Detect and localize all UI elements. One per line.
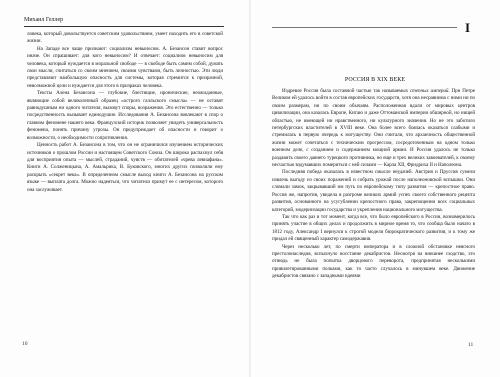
paragraph: Тексты Алена Безансона — глубокие, блест…	[27, 90, 223, 142]
right-page: I РОССИЯ В XIX ВЕКЕ Издревле Россия была…	[250, 0, 500, 377]
paragraph: Ценность работ А. Безансона в том, что о…	[27, 142, 223, 194]
header-rule	[24, 26, 224, 27]
page-number: 11	[468, 342, 473, 348]
paragraph: Издревле Россия была составной частью та…	[272, 88, 475, 169]
paragraph: Последняя победа оказалась в известном с…	[272, 169, 475, 213]
left-body-text: ловека, который довольствуется советским…	[27, 31, 223, 194]
paragraph: На Западе все чаще признают: социализм н…	[27, 46, 223, 90]
paragraph: Так что как раз в тот момент, когда все,…	[272, 214, 475, 244]
book-spread: Михаил Геллер ловека, который довольству…	[0, 0, 500, 377]
paragraph: Через несколько лет, по смерти император…	[272, 244, 475, 281]
chapter-rule	[272, 27, 457, 28]
chapter-number: I	[465, 20, 470, 36]
running-head: Михаил Геллер	[24, 17, 63, 23]
right-body-text: Издревле Россия была составной частью та…	[272, 88, 475, 281]
paragraph: ловека, который довольствуется советским…	[27, 31, 223, 46]
emphasis: степных империй	[410, 88, 448, 94]
left-page: Михаил Геллер ловека, который довольству…	[0, 0, 250, 377]
chapter-title: РОССИЯ В XIX ВЕКЕ	[250, 77, 500, 83]
page-number: 10	[22, 341, 28, 347]
